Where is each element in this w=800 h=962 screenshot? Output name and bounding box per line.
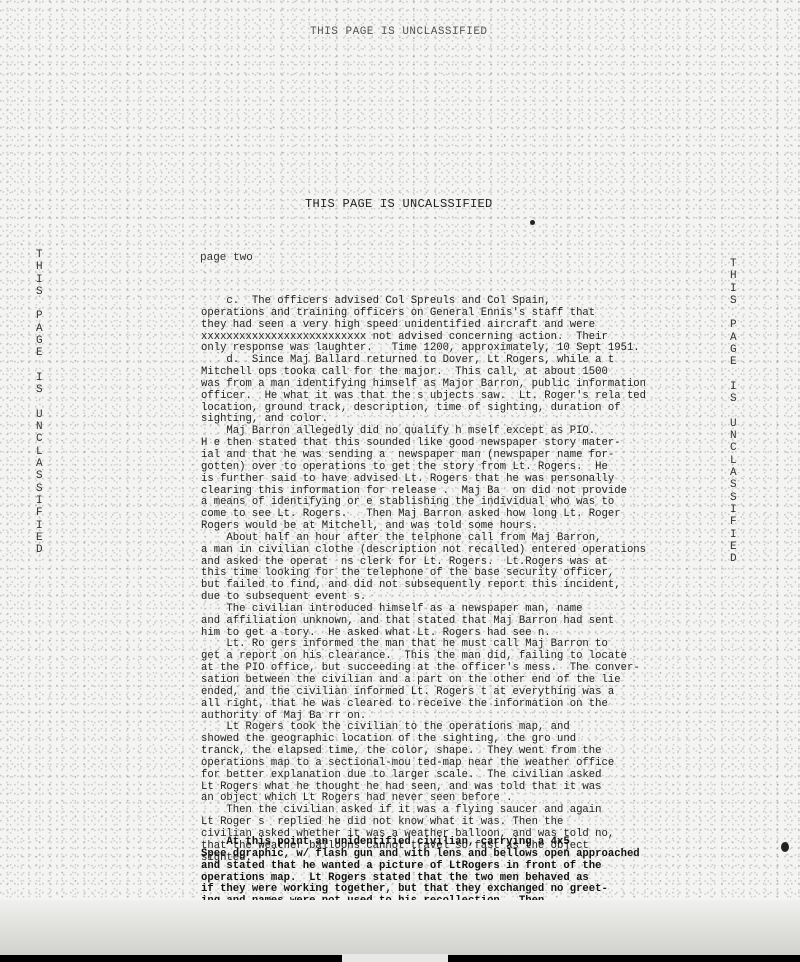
side-banner-letter: P	[730, 319, 737, 331]
side-banner-letter: C	[36, 433, 43, 445]
side-banner-letter: D	[730, 553, 737, 565]
document-body: c. The officers advised Col Spreuls and …	[201, 296, 621, 865]
side-banner-letter: E	[36, 347, 43, 359]
classification-banner-center: THIS PAGE IS UNCALSSIFIED	[305, 197, 493, 211]
side-banner-letter: F	[730, 516, 737, 528]
text-line: operations map to a sectional-mou ted-ma…	[201, 758, 621, 770]
side-banner-letter: U	[36, 409, 43, 421]
scan-speck	[530, 220, 535, 225]
side-banner-letter: I	[36, 274, 43, 286]
side-banner-letter: E	[730, 356, 737, 368]
classification-banner-top: THIS PAGE IS UNCLASSIFIED	[310, 26, 488, 38]
scan-tab	[342, 954, 448, 962]
side-banner-letter: I	[36, 520, 43, 532]
side-banner-letter: N	[730, 430, 737, 442]
text-line: Spee dgraphic, w/ flash gun and with len…	[201, 849, 631, 861]
side-banner-letter: A	[36, 323, 43, 335]
text-line: ended, and the civilian informed Lt. Rog…	[201, 687, 621, 699]
side-banner-letter: C	[730, 442, 737, 454]
side-banner-letter: H	[36, 261, 43, 273]
side-banner-letter: S	[36, 384, 43, 396]
side-banner-letter: I	[730, 529, 737, 541]
side-banner-letter: S	[730, 393, 737, 405]
document-page: THIS PAGE IS UNCLASSIFIED THIS PAGE IS U…	[0, 0, 800, 958]
side-banner-letter: G	[36, 335, 43, 347]
side-banner-letter: P	[36, 310, 43, 322]
text-line: they had seen a very high speed unidenti…	[201, 320, 621, 332]
side-banner-letter: A	[730, 332, 737, 344]
text-line: officer. He what it was that the s ubjec…	[201, 391, 621, 403]
side-banner-letter: S	[36, 470, 43, 482]
side-banner-letter: T	[730, 258, 737, 270]
side-banner-letter: A	[730, 467, 737, 479]
side-banner-letter: L	[36, 446, 43, 458]
side-banner-letter: E	[36, 532, 43, 544]
text-line: and stated that he wanted a picture of L…	[201, 861, 631, 873]
page-label: page two	[200, 252, 253, 264]
side-banner-letter: T	[36, 249, 43, 261]
side-banner-letter: U	[730, 418, 737, 430]
side-banner-letter: G	[730, 344, 737, 356]
text-line: for better explanation due to larger sca…	[201, 770, 621, 782]
side-banner-letter: S	[730, 295, 737, 307]
side-banner-letter: A	[36, 458, 43, 470]
side-banner-letter: E	[730, 541, 737, 553]
scan-speck	[781, 842, 789, 852]
text-line: is further said to have advised Lt. Roge…	[201, 474, 621, 486]
side-banner-letter: I	[730, 504, 737, 516]
text-line: The civilian introduced himself as a new…	[201, 604, 621, 616]
text-line: gotten) over to operations to get the st…	[201, 462, 621, 474]
side-banner-letter: D	[36, 544, 43, 556]
text-line: and affiliation unknown, and that stated…	[201, 616, 621, 628]
scan-bottom-shadow	[0, 900, 800, 958]
classification-banner-right: THISPAGEISUNCLASSIFIED	[730, 258, 737, 565]
text-line: About half an hour after the telphone ca…	[201, 533, 621, 545]
side-banner-letter: F	[36, 507, 43, 519]
text-line: a man in civilian clothe (description no…	[201, 545, 621, 557]
text-line: all right, that he was cleared to receiv…	[201, 699, 621, 711]
side-banner-letter: I	[730, 283, 737, 295]
classification-banner-left: THISPAGEISUNCLASSIFIED	[36, 249, 43, 556]
text-line: was from a man identifying himself as Ma…	[201, 379, 621, 391]
side-banner-letter: S	[36, 286, 43, 298]
side-banner-letter: S	[730, 492, 737, 504]
side-banner-letter: I	[36, 372, 43, 384]
side-banner-letter: I	[730, 381, 737, 393]
document-body-continued: At this point an unidentified civilian, …	[201, 837, 631, 908]
side-banner-letter: I	[36, 495, 43, 507]
text-line: operations and training officers on Gene…	[201, 308, 621, 320]
side-banner-letter: S	[730, 479, 737, 491]
side-banner-letter: N	[36, 421, 43, 433]
side-banner-letter: H	[730, 270, 737, 282]
side-banner-letter: S	[36, 483, 43, 495]
side-banner-letter: L	[730, 455, 737, 467]
